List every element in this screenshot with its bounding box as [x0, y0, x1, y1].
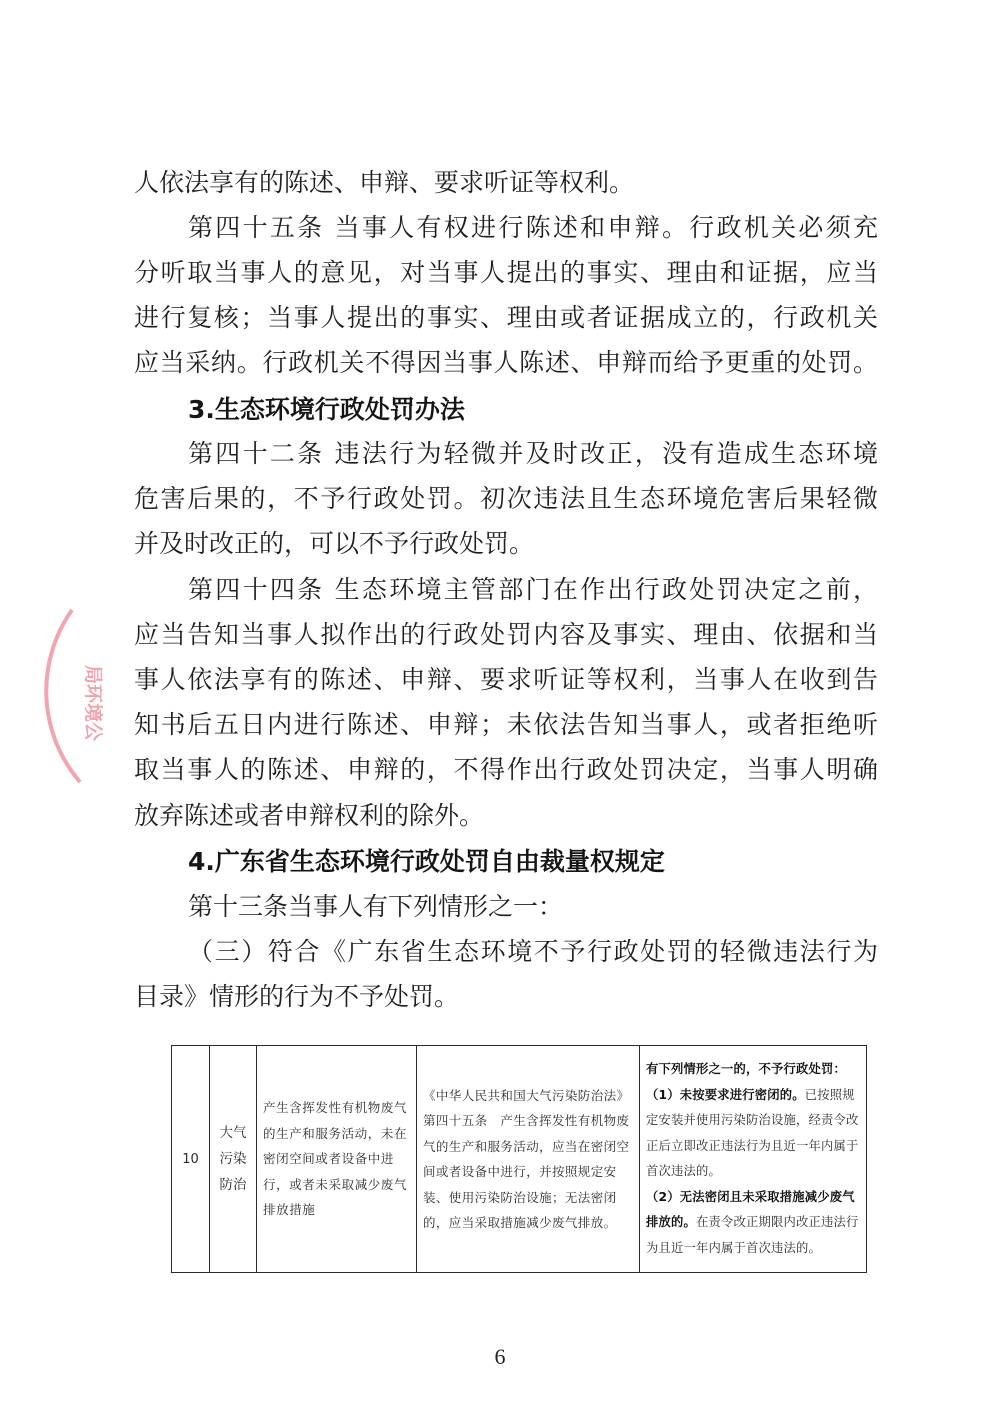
- rule-intro: 有下列情形之一的，不予行政处罚：: [646, 1062, 846, 1076]
- category-line: 大气: [214, 1120, 252, 1146]
- paragraph-line: 第四十二条 违法行为轻微并及时改正，没有造成生态环境: [188, 439, 878, 469]
- row-number: 10: [172, 1046, 210, 1273]
- violation-catalog-table: 10 大气 污染 防治 产生含挥发性有机物废气的生产和服务活动，未在密闭空间或者…: [171, 1045, 867, 1273]
- table-row: 10 大气 污染 防治 产生含挥发性有机物废气的生产和服务活动，未在密闭空间或者…: [172, 1046, 867, 1273]
- category-line: 防治: [214, 1172, 252, 1198]
- section-heading: 4.广东省生态环境行政处罚自由裁量权规定: [188, 847, 665, 877]
- seal-text: 局环境公: [82, 665, 103, 695]
- paragraph-line: 目录》情形的行为不予处罚。: [134, 982, 878, 1012]
- paragraph-line: 分听取当事人的意见，对当事人提出的事实、理由和证据，应当: [134, 258, 878, 288]
- paragraph-line: 取当事人的陈述、申辩的，不得作出行政处罚决定，当事人明确: [134, 755, 878, 785]
- paragraph-line: 危害后果的，不予行政处罚。初次违法且生态环境危害后果轻微: [134, 484, 878, 514]
- paragraph-line: 人依法享有的陈述、申辩、要求听证等权利。: [134, 168, 878, 198]
- rule-item-1-title: （1）未按要求进行密闭的。: [646, 1088, 805, 1102]
- paragraph-line: （三）符合《广东省生态环境不予行政处罚的轻微违法行为: [188, 937, 878, 967]
- page-number: 6: [470, 1344, 530, 1370]
- paragraph-line: 知书后五日内进行陈述、申辩；未依法告知当事人，或者拒绝听: [134, 710, 878, 740]
- violation-cell: 产生含挥发性有机物废气的生产和服务活动，未在密闭空间或者设备中进行，或者未采取减…: [257, 1046, 417, 1273]
- document-page: 局环境公 人依法享有的陈述、申辩、要求听证等权利。 第四十五条 当事人有权进行陈…: [0, 0, 1000, 1414]
- paragraph-line: 进行复核；当事人提出的事实、理由或者证据成立的，行政机关: [134, 303, 878, 333]
- paragraph-line: 第十三条当事人有下列情形之一：: [188, 892, 878, 922]
- legal-basis-cell: 《中华人民共和国大气污染防治法》第四十五条 产生含挥发性有机物废气的生产和服务活…: [417, 1046, 640, 1273]
- category-cell: 大气 污染 防治: [210, 1046, 257, 1273]
- exemption-rule-cell: 有下列情形之一的，不予行政处罚： （1）未按要求进行密闭的。已按照规定安装并使用…: [640, 1046, 867, 1273]
- paragraph-line: 应当采纳。行政机关不得因当事人陈述、申辩而给予更重的处罚。: [134, 348, 878, 378]
- paragraph-line: 应当告知当事人拟作出的行政处罚内容及事实、理由、依据和当: [134, 620, 878, 650]
- paragraph-line: 第四十五条 当事人有权进行陈述和申辩。行政机关必须充: [188, 213, 878, 243]
- category-line: 污染: [214, 1146, 252, 1172]
- paragraph-line: 放弃陈述或者申辩权利的除外。: [134, 801, 878, 831]
- red-seal-stamp: [0, 600, 90, 790]
- paragraph-line: 第四十四条 生态环境主管部门在作出行政处罚决定之前，: [188, 575, 878, 605]
- section-heading: 3.生态环境行政处罚办法: [188, 395, 465, 425]
- paragraph-line: 事人依法享有的陈述、申辩、要求听证等权利，当事人在收到告: [134, 665, 878, 695]
- paragraph-line: 并及时改正的，可以不予行政处罚。: [134, 529, 878, 559]
